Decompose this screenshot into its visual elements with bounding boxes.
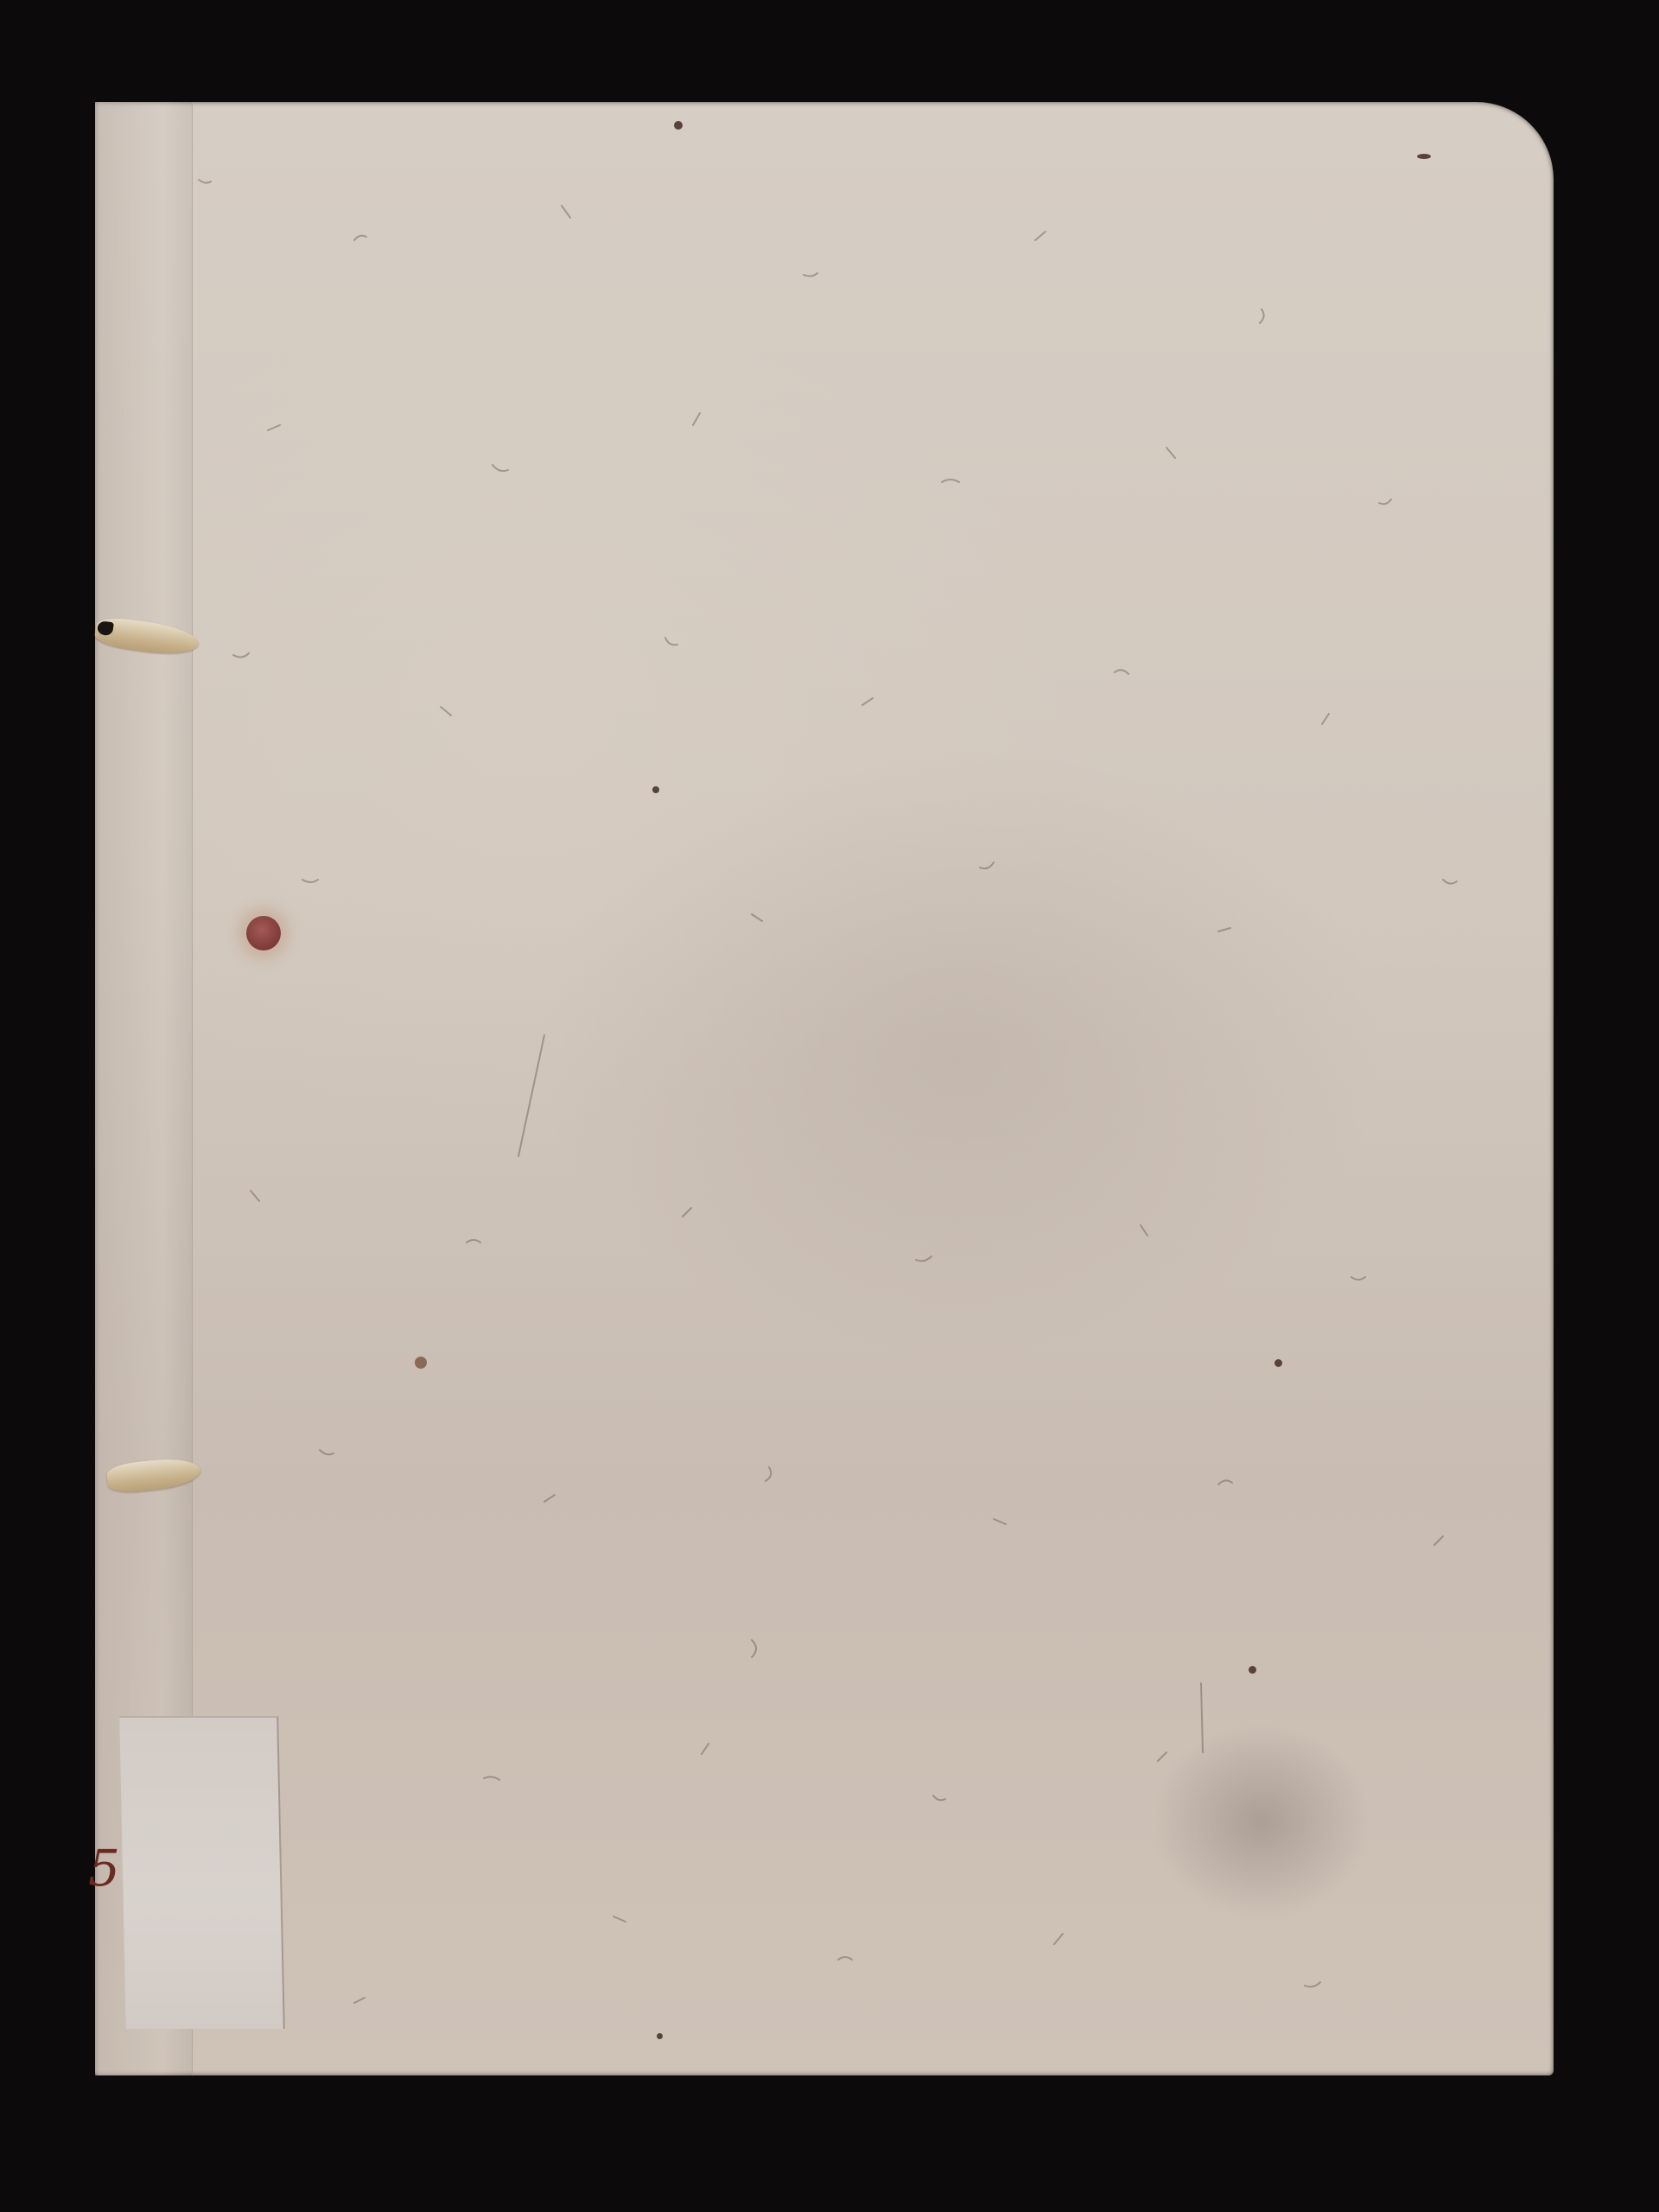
rust-stain bbox=[246, 916, 281, 950]
spine-label bbox=[119, 1716, 285, 2029]
ink-speck bbox=[674, 121, 683, 130]
book-cover: 5 bbox=[95, 102, 1554, 2075]
ink-speck bbox=[1274, 1359, 1282, 1367]
ink-speck bbox=[657, 2033, 663, 2039]
binding-hole bbox=[97, 620, 114, 636]
paper-fiber-texture bbox=[95, 102, 1554, 2075]
ink-speck bbox=[415, 1357, 427, 1369]
ink-speck bbox=[652, 786, 659, 793]
ink-speck bbox=[1249, 1666, 1256, 1674]
ink-speck bbox=[1417, 154, 1431, 159]
label-edge-mark: 5 bbox=[88, 1839, 120, 1897]
